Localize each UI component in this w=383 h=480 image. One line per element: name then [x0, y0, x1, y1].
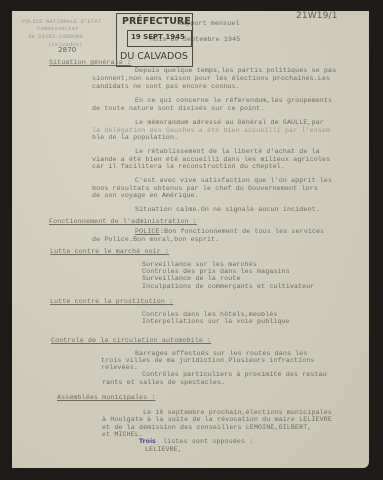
- police-label: POLICE: [135, 228, 160, 235]
- body-line: Controles des prix dans les magasins: [142, 268, 290, 275]
- body-line: Le rétablissement de la liberté d'achat …: [135, 148, 320, 155]
- heading-circulation: Controle de la circulation automobile :: [51, 337, 211, 344]
- letterhead-line-2: Commissariat: [37, 25, 78, 32]
- body-line: Surveillance de la route: [142, 275, 241, 282]
- body-line: la délégation des Gauches a été bien acc…: [92, 127, 330, 134]
- body-line: de Police.Bon moral,bon esprit.: [92, 236, 219, 243]
- body-line: Le 16 septembre prochain,élections munic…: [143, 409, 332, 416]
- body-line: à Houlgate à la suite de la révocation d…: [102, 416, 332, 423]
- body-line: rants et salles de spectacles.: [102, 379, 225, 386]
- body-line: C'est avec vive satisfaction que l'on ap…: [135, 177, 332, 184]
- stamp-top-text: PRÉFECTURE: [122, 16, 191, 27]
- body-line: viande a été bien été accueilli dans les…: [92, 156, 330, 163]
- heading-marche-noir: Lutte contre le marché noir :: [50, 248, 169, 255]
- body-line: de toute nature sont divisés sur ce poin…: [92, 105, 265, 112]
- body-line: relevées.: [101, 364, 138, 371]
- heading-municipales: Assemblées municipales :: [57, 394, 156, 401]
- handwritten-insert: Trois: [139, 438, 156, 445]
- heading-situation: Situation générale :: [49, 59, 131, 66]
- body-line: Interpellations sur la voie publique: [142, 318, 290, 325]
- heading-administration: Fonctionnement de l'administration :: [49, 218, 197, 225]
- heading-prostitution: Lutte contre la prostitution :: [50, 298, 173, 305]
- body-line: Depuis quelque temps,les partis politiqu…: [135, 67, 336, 74]
- body-line: et de la démission des conseillers LEMOI…: [102, 424, 311, 431]
- pencil-number: 2870: [58, 47, 76, 54]
- letterhead-line-3: de DIVES-CABOURG: [28, 33, 83, 40]
- body-line: Situation calme.On ne signale aucun inci…: [135, 206, 320, 213]
- body-line: Le mémorandum adressé au Général de GAUL…: [135, 119, 324, 126]
- body-line: Surveillance sur les marchés: [142, 261, 257, 268]
- body-line: Barrages effectués sur les routes dans l…: [135, 350, 308, 357]
- stamp-date-box: 19 SEPT 1945: [127, 30, 192, 47]
- body-line: trois villes de ma juridiction.Plusieurs…: [101, 357, 315, 364]
- body-line: Inculpations de commerçants et cultivate…: [142, 283, 315, 290]
- body-line: sionnent,non sans raison pour les électi…: [92, 75, 330, 82]
- body-line: Controles dans les hôtels,meublés: [142, 311, 278, 318]
- archive-reference: 21W19/1: [296, 13, 338, 20]
- body-line: bons résultats obtenus par le chef du Go…: [92, 185, 318, 192]
- body-line: En ce qui concerne le référendum,les gro…: [135, 97, 332, 104]
- letterhead-line-1: POLICE NATIONALE D'ETAT: [22, 18, 101, 25]
- body-line: Contrôles particuliers à proximité des r…: [142, 371, 327, 378]
- body-line: ble de la population.: [92, 134, 178, 141]
- body-line: et MICHEL.: [102, 431, 143, 438]
- body-line: candidats ne sont pas encore connus.: [92, 83, 240, 90]
- body-line: LELIEVRE,: [145, 446, 182, 453]
- stamp-date: 19 SEPT 1945: [131, 33, 185, 41]
- body-line: car il facilitera la reconstruction du c…: [92, 163, 285, 170]
- body-line: :Bon fonctionnement de tous les services: [160, 228, 324, 235]
- body-line: listes sont opposées :: [163, 438, 253, 445]
- body-line: de son voyage en Amérique.: [92, 192, 199, 199]
